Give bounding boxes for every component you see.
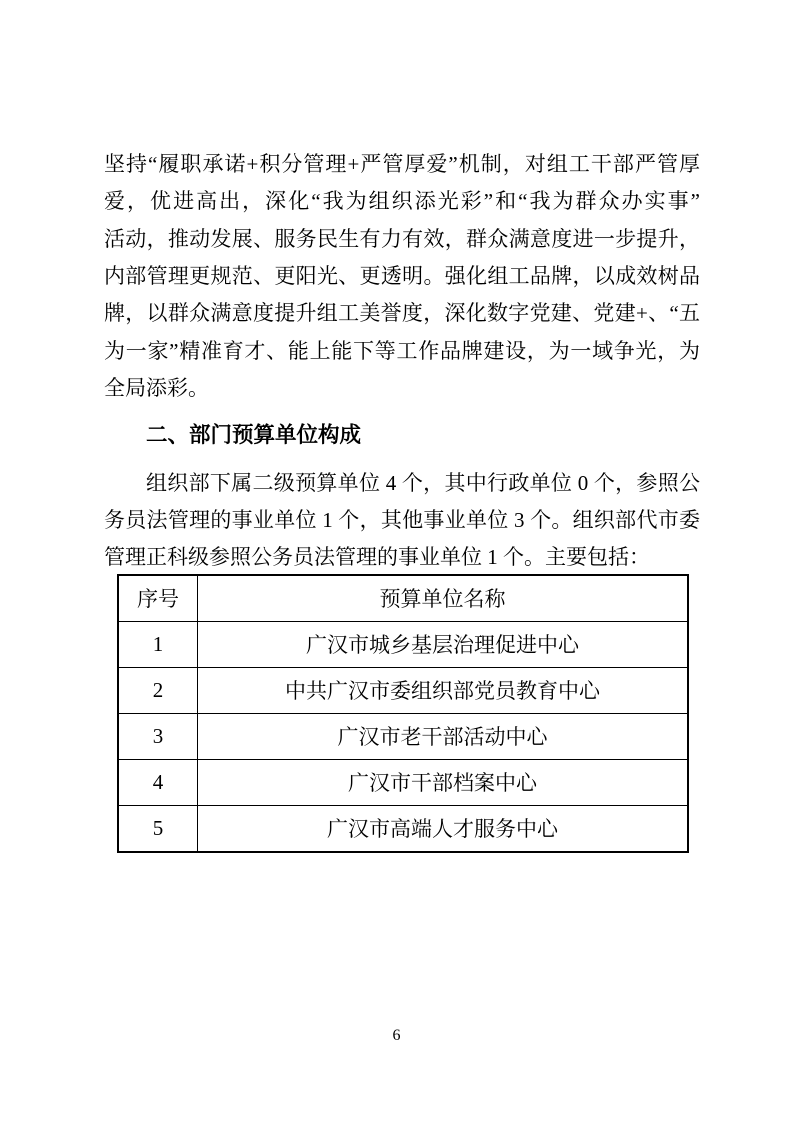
text-line: 管理正科级参照公务员法管理的事业单位 1 个。主要包括： (104, 539, 700, 576)
text-line: 爱，优进高出，深化“我为组织添光彩”和“我为群众办实事” (104, 183, 700, 220)
cell-name: 广汉市干部档案中心 (198, 759, 689, 805)
text-line: 活动，推动发展、服务民生有力有效，群众满意度进一步提升， (104, 221, 700, 258)
table-row: 4 广汉市干部档案中心 (118, 759, 688, 805)
table-row: 1 广汉市城乡基层治理促进中心 (118, 621, 688, 667)
table-row: 5 广汉市高端人才服务中心 (118, 805, 688, 852)
header-cell-no: 序号 (118, 575, 198, 622)
text-line: 为一家”精准育才、能上能下等工作品牌建设，为一域争光，为 (104, 333, 700, 370)
paragraph-2: 组织部下属二级预算单位 4 个，其中行政单位 0 个，参照公 务员法管理的事业单… (104, 465, 700, 577)
cell-no: 5 (118, 805, 198, 852)
text-line: 牌，以群众满意度提升组工美誉度，深化数字党建、党建+、“五 (104, 295, 700, 332)
budget-units-table: 序号 预算单位名称 1 广汉市城乡基层治理促进中心 2 中共广汉市委组织部党员教… (117, 574, 689, 853)
section-heading: 二、部门预算单位构成 (104, 417, 700, 454)
text-line: 坚持“履职承诺+积分管理+严管厚爱”机制，对组工干部严管厚 (104, 146, 700, 183)
text-line: 全局添彩。 (104, 370, 700, 407)
text-line: 务员法管理的事业单位 1 个，其他事业单位 3 个。组织部代市委 (104, 502, 700, 539)
cell-no: 2 (118, 667, 198, 713)
table-row: 3 广汉市老干部活动中心 (118, 713, 688, 759)
text-line: 内部管理更规范、更阳光、更透明。强化组工品牌，以成效树品 (104, 258, 700, 295)
cell-name: 中共广汉市委组织部党员教育中心 (198, 667, 689, 713)
table-row: 2 中共广汉市委组织部党员教育中心 (118, 667, 688, 713)
header-cell-name: 预算单位名称 (198, 575, 689, 622)
paragraph-1: 坚持“履职承诺+积分管理+严管厚爱”机制，对组工干部严管厚 爱，优进高出，深化“… (104, 146, 700, 407)
page-number: 6 (0, 1026, 793, 1046)
cell-no: 1 (118, 621, 198, 667)
cell-no: 3 (118, 713, 198, 759)
cell-name: 广汉市城乡基层治理促进中心 (198, 621, 689, 667)
cell-no: 4 (118, 759, 198, 805)
document-page: 坚持“履职承诺+积分管理+严管厚爱”机制，对组工干部严管厚 爱，优进高出，深化“… (0, 0, 793, 1122)
table-header-row: 序号 预算单位名称 (118, 575, 688, 622)
cell-name: 广汉市老干部活动中心 (198, 713, 689, 759)
cell-name: 广汉市高端人才服务中心 (198, 805, 689, 852)
document-content: 坚持“履职承诺+积分管理+严管厚爱”机制，对组工干部严管厚 爱，优进高出，深化“… (104, 146, 700, 853)
text-line: 组织部下属二级预算单位 4 个，其中行政单位 0 个，参照公 (104, 465, 700, 502)
